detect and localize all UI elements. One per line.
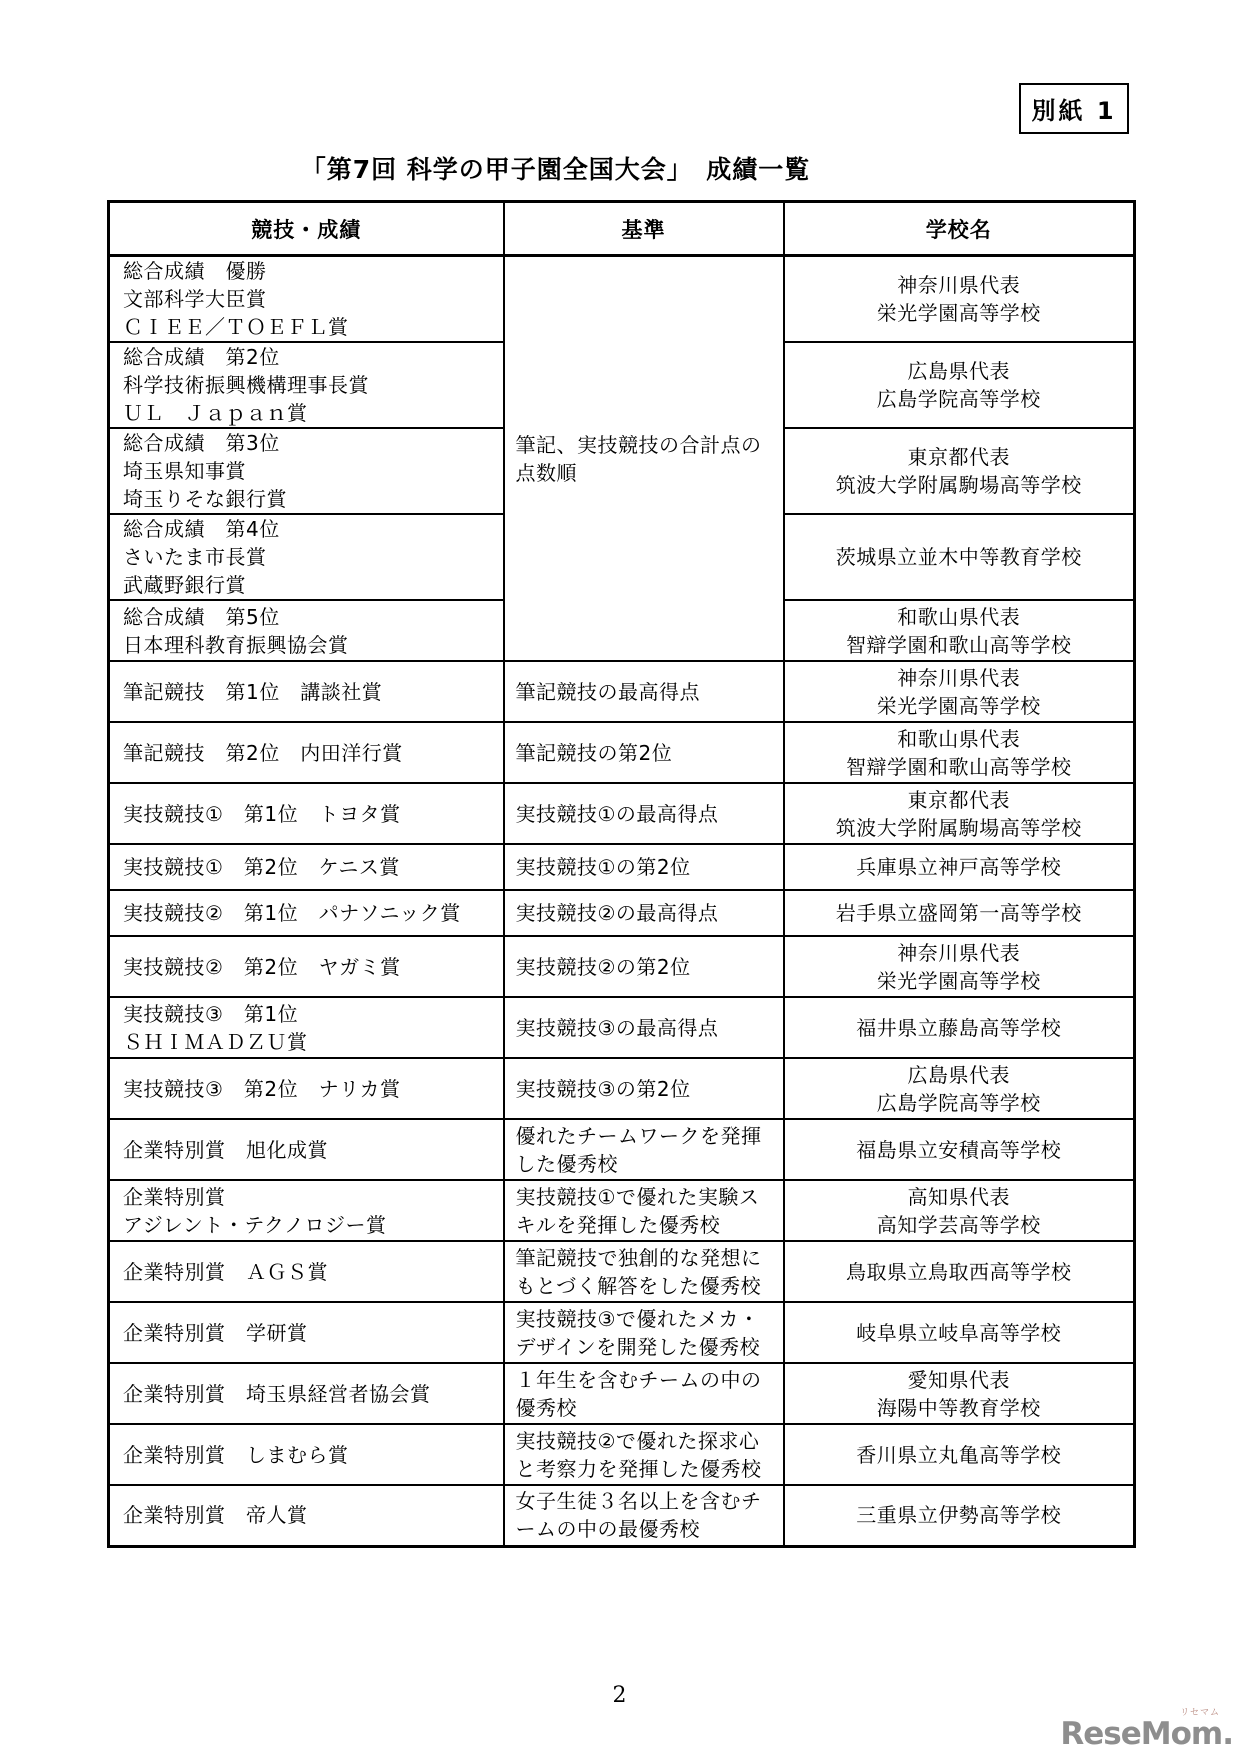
- cell-line: 筆記競技 第1位 講談社賞: [123, 678, 499, 706]
- award-cell: 実技競技① 第1位 トヨタ賞: [109, 783, 504, 844]
- award-cell: 実技競技③ 第2位 ナリカ賞: [109, 1058, 504, 1119]
- cell-line: ＵＬ Ｊａｐａｎ賞: [123, 399, 499, 427]
- criteria-cell: 実技競技①で優れた実験スキルを発揮した優秀校: [504, 1180, 784, 1241]
- cell-line: 実技競技②の第2位: [516, 953, 779, 981]
- award-cell: 実技競技② 第2位 ヤガミ賞: [109, 936, 504, 997]
- cell-line: 広島学院高等学校: [789, 385, 1130, 413]
- cell-line: 企業特別賞 ＡＧＳ賞: [123, 1258, 499, 1286]
- resemom-logo-text: ReseMom.: [1060, 1716, 1233, 1752]
- cell-line: 智辯学園和歌山高等学校: [789, 753, 1130, 781]
- school-cell: 神奈川県代表栄光学園高等学校: [784, 936, 1135, 997]
- cell-line: 実技競技①で優れた実験ス: [516, 1183, 779, 1211]
- results-table-header: 競技・成績基準学校名: [109, 202, 1135, 256]
- cell-line: 総合成績 第2位: [123, 343, 499, 371]
- school-cell: 神奈川県代表栄光学園高等学校: [784, 661, 1135, 722]
- cell-line: 総合成績 第3位: [123, 429, 499, 457]
- table-row: 実技競技③ 第1位ＳＨＩＭＡＤＺＵ賞実技競技③の最高得点福井県立藤島高等学校: [109, 997, 1135, 1058]
- school-cell: 神奈川県代表栄光学園高等学校: [784, 256, 1135, 343]
- school-cell: 岐阜県立岐阜高等学校: [784, 1302, 1135, 1363]
- school-cell: 福井県立藤島高等学校: [784, 997, 1135, 1058]
- cell-line: 企業特別賞 学研賞: [123, 1319, 499, 1347]
- criteria-cell: 筆記競技の最高得点: [504, 661, 784, 722]
- cell-line: 企業特別賞: [123, 1183, 499, 1211]
- school-cell: 兵庫県立神戸高等学校: [784, 844, 1135, 890]
- cell-line: １年生を含むチームの中の: [516, 1366, 779, 1394]
- cell-line: 筆記競技の第2位: [516, 739, 779, 767]
- school-cell: 岩手県立盛岡第一高等学校: [784, 890, 1135, 936]
- criteria-cell: 実技競技②で優れた探求心と考察力を発揮した優秀校: [504, 1424, 784, 1485]
- school-cell: 高知県代表高知学芸高等学校: [784, 1180, 1135, 1241]
- cell-line: 広島学院高等学校: [789, 1089, 1130, 1117]
- column-header-0: 競技・成績: [109, 202, 504, 256]
- column-header-2: 学校名: [784, 202, 1135, 256]
- cell-line: 科学技術振興機構理事長賞: [123, 371, 499, 399]
- cell-line: した優秀校: [516, 1150, 779, 1178]
- table-row: 企業特別賞 埼玉県経営者協会賞１年生を含むチームの中の優秀校愛知県代表海陽中等教…: [109, 1363, 1135, 1424]
- cell-line: 優れたチームワークを発揮: [516, 1122, 779, 1150]
- award-cell: 総合成績 第5位日本理科教育振興協会賞: [109, 600, 504, 661]
- cell-line: 実技競技③ 第1位: [123, 1000, 499, 1028]
- cell-line: 文部科学大臣賞: [123, 285, 499, 313]
- cell-line: ームの中の最優秀校: [516, 1515, 779, 1543]
- criteria-cell: 女子生徒３名以上を含むチームの中の最優秀校: [504, 1485, 784, 1546]
- cell-line: 実技競技①の第2位: [516, 853, 779, 881]
- table-row: 企業特別賞 旭化成賞優れたチームワークを発揮した優秀校福島県立安積高等学校: [109, 1119, 1135, 1180]
- resemom-watermark: リセマム ReseMom.: [1060, 1709, 1233, 1750]
- school-cell: 広島県代表広島学院高等学校: [784, 1058, 1135, 1119]
- award-cell: 企業特別賞 帝人賞: [109, 1485, 504, 1546]
- page-title: 「第7回 科学の甲子園全国大会」 成績一覧: [0, 150, 1175, 186]
- award-cell: 筆記競技 第2位 内田洋行賞: [109, 722, 504, 783]
- cell-line: 栄光学園高等学校: [789, 299, 1130, 327]
- award-cell: 総合成績 第4位さいたま市長賞武蔵野銀行賞: [109, 514, 504, 600]
- criteria-cell: 筆記、実技競技の合計点の点数順: [504, 256, 784, 662]
- cell-line: 筆記、実技競技の合計点の: [516, 431, 779, 459]
- award-cell: 総合成績 第3位埼玉県知事賞埼玉りそな銀行賞: [109, 428, 504, 514]
- award-cell: 企業特別賞アジレント・テクノロジー賞: [109, 1180, 504, 1241]
- table-row: 実技競技① 第2位 ケニス賞実技競技①の第2位兵庫県立神戸高等学校: [109, 844, 1135, 890]
- results-table: 競技・成績基準学校名 総合成績 優勝文部科学大臣賞ＣＩＥＥ／ＴＯＥＦＬ賞筆記、実…: [107, 200, 1136, 1548]
- school-cell: 和歌山県代表智辯学園和歌山高等学校: [784, 722, 1135, 783]
- cell-line: 香川県立丸亀高等学校: [789, 1441, 1130, 1469]
- cell-line: 智辯学園和歌山高等学校: [789, 631, 1130, 659]
- school-cell: 香川県立丸亀高等学校: [784, 1424, 1135, 1485]
- cell-line: 企業特別賞 帝人賞: [123, 1501, 499, 1529]
- school-cell: 和歌山県代表智辯学園和歌山高等学校: [784, 600, 1135, 661]
- school-cell: 三重県立伊勢高等学校: [784, 1485, 1135, 1546]
- header-row: 競技・成績基準学校名: [109, 202, 1135, 256]
- cell-line: 筑波大学附属駒場高等学校: [789, 814, 1130, 842]
- criteria-cell: 実技競技①の第2位: [504, 844, 784, 890]
- criteria-cell: 実技競技②の最高得点: [504, 890, 784, 936]
- resemom-kana-label: リセマム: [1180, 1709, 1220, 1718]
- award-cell: 実技競技② 第1位 パナソニック賞: [109, 890, 504, 936]
- cell-line: 優秀校: [516, 1394, 779, 1422]
- table-row: 実技競技② 第2位 ヤガミ賞実技競技②の第2位神奈川県代表栄光学園高等学校: [109, 936, 1135, 997]
- cell-line: ＣＩＥＥ／ＴＯＥＦＬ賞: [123, 313, 499, 341]
- award-cell: 企業特別賞 旭化成賞: [109, 1119, 504, 1180]
- cell-line: 和歌山県代表: [789, 725, 1130, 753]
- cell-line: 日本理科教育振興協会賞: [123, 631, 499, 659]
- cell-line: 鳥取県立鳥取西高等学校: [789, 1258, 1130, 1286]
- cell-line: 筆記競技で独創的な発想に: [516, 1244, 779, 1272]
- cell-line: 埼玉りそな銀行賞: [123, 485, 499, 513]
- cell-line: 岩手県立盛岡第一高等学校: [789, 899, 1130, 927]
- school-cell: 鳥取県立鳥取西高等学校: [784, 1241, 1135, 1302]
- award-cell: 総合成績 第2位科学技術振興機構理事長賞ＵＬ Ｊａｐａｎ賞: [109, 342, 504, 428]
- cell-line: 企業特別賞 埼玉県経営者協会賞: [123, 1380, 499, 1408]
- cell-line: 高知学芸高等学校: [789, 1211, 1130, 1239]
- table-row: 実技競技① 第1位 トヨタ賞実技競技①の最高得点東京都代表筑波大学附属駒場高等学…: [109, 783, 1135, 844]
- document-page: 別紙 1 「第7回 科学の甲子園全国大会」 成績一覧 競技・成績基準学校名 総合…: [0, 0, 1239, 1754]
- school-cell: 東京都代表筑波大学附属駒場高等学校: [784, 783, 1135, 844]
- cell-line: 埼玉県知事賞: [123, 457, 499, 485]
- school-cell: 茨城県立並木中等教育学校: [784, 514, 1135, 600]
- criteria-cell: 実技競技③の第2位: [504, 1058, 784, 1119]
- cell-line: 茨城県立並木中等教育学校: [789, 543, 1130, 571]
- award-cell: 企業特別賞 ＡＧＳ賞: [109, 1241, 504, 1302]
- award-cell: 企業特別賞 学研賞: [109, 1302, 504, 1363]
- cell-line: 神奈川県代表: [789, 664, 1130, 692]
- cell-line: 実技競技② 第1位 パナソニック賞: [123, 899, 499, 927]
- table-row: 実技競技② 第1位 パナソニック賞実技競技②の最高得点岩手県立盛岡第一高等学校: [109, 890, 1135, 936]
- cell-line: 筑波大学附属駒場高等学校: [789, 471, 1130, 499]
- cell-line: 筆記競技 第2位 内田洋行賞: [123, 739, 499, 767]
- cell-line: 和歌山県代表: [789, 603, 1130, 631]
- cell-line: 福島県立安積高等学校: [789, 1136, 1130, 1164]
- cell-line: アジレント・テクノロジー賞: [123, 1211, 499, 1239]
- cell-line: 女子生徒３名以上を含むチ: [516, 1487, 779, 1515]
- criteria-cell: 優れたチームワークを発揮した優秀校: [504, 1119, 784, 1180]
- award-cell: 筆記競技 第1位 講談社賞: [109, 661, 504, 722]
- cell-line: 東京都代表: [789, 786, 1130, 814]
- cell-line: もとづく解答をした優秀校: [516, 1272, 779, 1300]
- cell-line: 福井県立藤島高等学校: [789, 1014, 1130, 1042]
- criteria-cell: １年生を含むチームの中の優秀校: [504, 1363, 784, 1424]
- table-row: 実技競技③ 第2位 ナリカ賞実技競技③の第2位広島県代表広島学院高等学校: [109, 1058, 1135, 1119]
- cell-line: 栄光学園高等学校: [789, 692, 1130, 720]
- cell-line: 栄光学園高等学校: [789, 967, 1130, 995]
- school-cell: 東京都代表筑波大学附属駒場高等学校: [784, 428, 1135, 514]
- cell-line: 実技競技③で優れたメカ・: [516, 1305, 779, 1333]
- award-cell: 企業特別賞 埼玉県経営者協会賞: [109, 1363, 504, 1424]
- cell-line: 企業特別賞 しまむら賞: [123, 1441, 499, 1469]
- criteria-cell: 筆記競技の第2位: [504, 722, 784, 783]
- award-cell: 総合成績 優勝文部科学大臣賞ＣＩＥＥ／ＴＯＥＦＬ賞: [109, 256, 504, 343]
- cell-line: 岐阜県立岐阜高等学校: [789, 1319, 1130, 1347]
- cell-line: 実技競技②で優れた探求心: [516, 1427, 779, 1455]
- cell-line: 兵庫県立神戸高等学校: [789, 853, 1130, 881]
- table-row: 企業特別賞 ＡＧＳ賞筆記競技で独創的な発想にもとづく解答をした優秀校鳥取県立鳥取…: [109, 1241, 1135, 1302]
- school-cell: 福島県立安積高等学校: [784, 1119, 1135, 1180]
- resemom-watermark-inner: リセマム ReseMom.: [1060, 1709, 1233, 1750]
- cell-line: 武蔵野銀行賞: [123, 571, 499, 599]
- table-row: 企業特別賞 しまむら賞実技競技②で優れた探求心と考察力を発揮した優秀校香川県立丸…: [109, 1424, 1135, 1485]
- award-cell: 実技競技③ 第1位ＳＨＩＭＡＤＺＵ賞: [109, 997, 504, 1058]
- criteria-cell: 実技競技③で優れたメカ・デザインを開発した優秀校: [504, 1302, 784, 1363]
- cell-line: さいたま市長賞: [123, 543, 499, 571]
- cell-line: 高知県代表: [789, 1183, 1130, 1211]
- criteria-cell: 筆記競技で独創的な発想にもとづく解答をした優秀校: [504, 1241, 784, 1302]
- cell-line: 総合成績 第5位: [123, 603, 499, 631]
- award-cell: 実技競技① 第2位 ケニス賞: [109, 844, 504, 890]
- cell-line: と考察力を発揮した優秀校: [516, 1455, 779, 1483]
- cell-line: 広島県代表: [789, 357, 1130, 385]
- results-table-body: 総合成績 優勝文部科学大臣賞ＣＩＥＥ／ＴＯＥＦＬ賞筆記、実技競技の合計点の点数順…: [109, 256, 1135, 1547]
- cell-line: 実技競技③ 第2位 ナリカ賞: [123, 1075, 499, 1103]
- school-cell: 広島県代表広島学院高等学校: [784, 342, 1135, 428]
- cell-line: 筆記競技の最高得点: [516, 678, 779, 706]
- cell-line: 実技競技① 第1位 トヨタ賞: [123, 800, 499, 828]
- cell-line: 実技競技②の最高得点: [516, 899, 779, 927]
- cell-line: 点数順: [516, 459, 779, 487]
- cell-line: 神奈川県代表: [789, 939, 1130, 967]
- cell-line: 企業特別賞 旭化成賞: [123, 1136, 499, 1164]
- cell-line: 実技競技③の第2位: [516, 1075, 779, 1103]
- cell-line: 海陽中等教育学校: [789, 1394, 1130, 1422]
- column-header-1: 基準: [504, 202, 784, 256]
- cell-line: 実技競技③の最高得点: [516, 1014, 779, 1042]
- cell-line: 愛知県代表: [789, 1366, 1130, 1394]
- table-row: 企業特別賞 帝人賞女子生徒３名以上を含むチームの中の最優秀校三重県立伊勢高等学校: [109, 1485, 1135, 1546]
- cell-line: 実技競技② 第2位 ヤガミ賞: [123, 953, 499, 981]
- criteria-cell: 実技競技②の第2位: [504, 936, 784, 997]
- table-row: 企業特別賞アジレント・テクノロジー賞実技競技①で優れた実験スキルを発揮した優秀校…: [109, 1180, 1135, 1241]
- cell-line: 広島県代表: [789, 1061, 1130, 1089]
- table-row: 筆記競技 第1位 講談社賞筆記競技の最高得点神奈川県代表栄光学園高等学校: [109, 661, 1135, 722]
- attachment-tag-label: 別紙 1: [1031, 91, 1116, 126]
- award-cell: 企業特別賞 しまむら賞: [109, 1424, 504, 1485]
- criteria-cell: 実技競技①の最高得点: [504, 783, 784, 844]
- cell-line: デザインを開発した優秀校: [516, 1333, 779, 1361]
- cell-line: 東京都代表: [789, 443, 1130, 471]
- cell-line: ＳＨＩＭＡＤＺＵ賞: [123, 1028, 499, 1056]
- page-number: 2: [0, 1683, 1239, 1708]
- cell-line: キルを発揮した優秀校: [516, 1211, 779, 1239]
- cell-line: 総合成績 優勝: [123, 257, 499, 285]
- table-row: 企業特別賞 学研賞実技競技③で優れたメカ・デザインを開発した優秀校岐阜県立岐阜高…: [109, 1302, 1135, 1363]
- table-row: 総合成績 優勝文部科学大臣賞ＣＩＥＥ／ＴＯＥＦＬ賞筆記、実技競技の合計点の点数順…: [109, 256, 1135, 343]
- attachment-tag-box: 別紙 1: [1019, 83, 1129, 134]
- cell-line: 神奈川県代表: [789, 271, 1130, 299]
- cell-line: 総合成績 第4位: [123, 515, 499, 543]
- cell-line: 三重県立伊勢高等学校: [789, 1501, 1130, 1529]
- cell-line: 実技競技①の最高得点: [516, 800, 779, 828]
- cell-line: 実技競技① 第2位 ケニス賞: [123, 853, 499, 881]
- table-row: 筆記競技 第2位 内田洋行賞筆記競技の第2位和歌山県代表智辯学園和歌山高等学校: [109, 722, 1135, 783]
- criteria-cell: 実技競技③の最高得点: [504, 997, 784, 1058]
- school-cell: 愛知県代表海陽中等教育学校: [784, 1363, 1135, 1424]
